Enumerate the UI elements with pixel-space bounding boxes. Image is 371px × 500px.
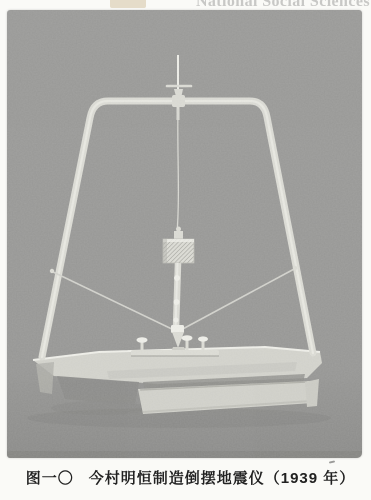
watermark-logo-fragment (110, 0, 146, 8)
seismograph-photograph (7, 10, 362, 458)
figure-caption: 图一〇今村明恒制造倒摆地震仪（1939 年） (0, 467, 371, 488)
figure-number: 图一〇 (26, 470, 74, 487)
film-grain (7, 10, 362, 458)
figure-title: 今村明恒制造倒摆地震仪 (89, 470, 265, 487)
figure-year: （1939 年） (265, 470, 356, 487)
seismograph-illustration (7, 10, 362, 458)
scan-artifact (329, 460, 335, 463)
